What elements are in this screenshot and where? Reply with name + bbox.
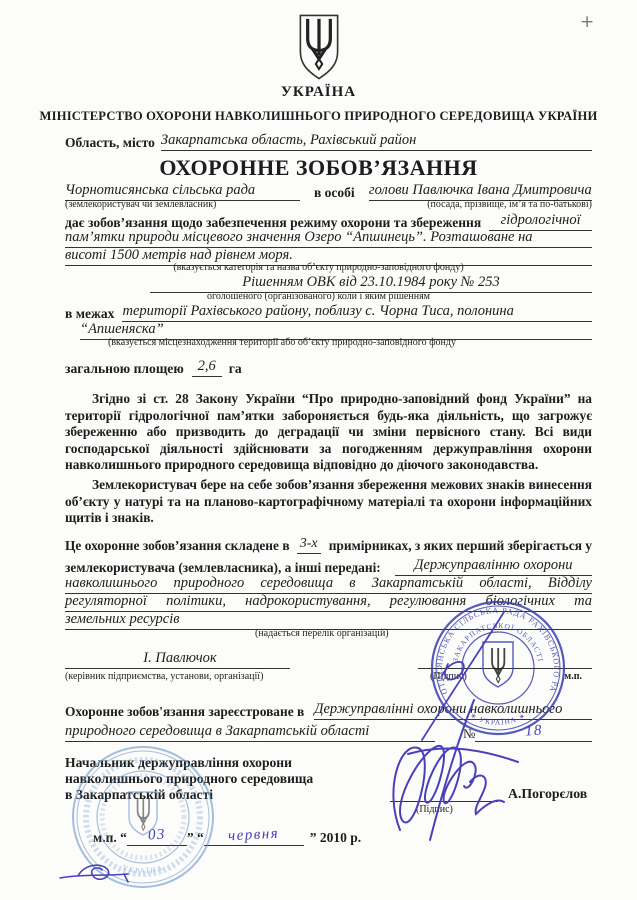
head-signature-caption: (керівник підприємства, установи, органі… xyxy=(65,671,263,682)
recipient-line1: Держуправлінню охорони xyxy=(395,557,592,576)
head-signature-name: І. Павлючок xyxy=(90,650,270,667)
person-caption: (посада, прізвище, ім’я та по-батькові) xyxy=(427,199,592,210)
location-caption: (вказується місцезнаходження території а… xyxy=(108,337,456,348)
landholder-caption: (землекористувач чи землевласник) xyxy=(65,199,216,210)
seal-caption: м.п. xyxy=(564,671,582,682)
country-name: УКРАЇНА xyxy=(0,84,637,101)
landuser-paragraph: Землекористувач бере на себе зобов’язанн… xyxy=(65,477,592,527)
date-suffix: ” 2010 р. xyxy=(304,830,361,846)
date-month-value: червня xyxy=(228,826,280,846)
area-line: загальною площею 2,6 га xyxy=(65,358,242,377)
object-caption: (вказується категорія та назва об’єкту п… xyxy=(0,262,637,273)
recipient-line2: навколишнього природного середовища в За… xyxy=(65,575,592,594)
location-line: в межах території Рахівського району, по… xyxy=(65,303,592,322)
object-line2: пам’ятки природи місцевого значення Озер… xyxy=(65,229,592,248)
ministry-title: МІНІСТЕРСТВО ОХОРОНИ НАВКОЛИШНЬОГО ПРИРО… xyxy=(0,109,637,124)
margin-signature-scribble xyxy=(58,860,134,892)
registration-lead: Охоронне зобов'язання зареєстроване в xyxy=(65,704,314,720)
within-label: в межах xyxy=(65,306,122,322)
copies-bold2: землекористувача (землевласника), а інші… xyxy=(65,560,395,576)
area-unit: га xyxy=(222,361,242,377)
date-month: червня xyxy=(204,827,304,846)
law-paragraph: Згідно зі ст. 28 Закону України “Про при… xyxy=(65,391,592,474)
area-label: загальною площею xyxy=(65,361,192,377)
region-label: Область, місто xyxy=(65,135,161,151)
party-captions: (землекористувач чи землевласник) (посад… xyxy=(65,199,592,210)
document-page: + УКРАЇНА МІНІСТЕРСТВО ОХОРОНИ НАВКОЛИШН… xyxy=(0,0,637,900)
decision-caption: оголошеного (організованого) коли і яким… xyxy=(0,291,637,302)
official-signature-scribble xyxy=(378,690,528,858)
copies-lead1: Це охоронне зобов’язання складене в xyxy=(65,538,297,554)
region-line: Область, місто Закарпатська область, Рах… xyxy=(65,132,592,151)
organizations-caption: (надається перелік організацій) xyxy=(255,628,389,639)
copies-lead2: примірниках, з яких перший зберігається … xyxy=(321,538,592,554)
copies-count: 3-х xyxy=(297,536,321,554)
copies-line1: Це охоронне зобов’язання складене в 3-х … xyxy=(65,536,592,554)
head-signature-line xyxy=(65,668,290,669)
corner-plus-mark: + xyxy=(580,12,594,32)
ukraine-trident-emblem xyxy=(294,13,344,81)
document-title: ОХОРОННЕ ЗОБОВ’ЯЗАННЯ xyxy=(0,155,637,181)
dept-stamp-trident-icon xyxy=(129,792,157,835)
area-value: 2,6 xyxy=(192,358,222,377)
location-value1: території Рахівського району, поблизу с.… xyxy=(122,303,592,322)
region-value: Закарпатська область, Рахівський район xyxy=(161,132,592,151)
copies-line2: землекористувача (землевласника), а інші… xyxy=(65,557,592,576)
